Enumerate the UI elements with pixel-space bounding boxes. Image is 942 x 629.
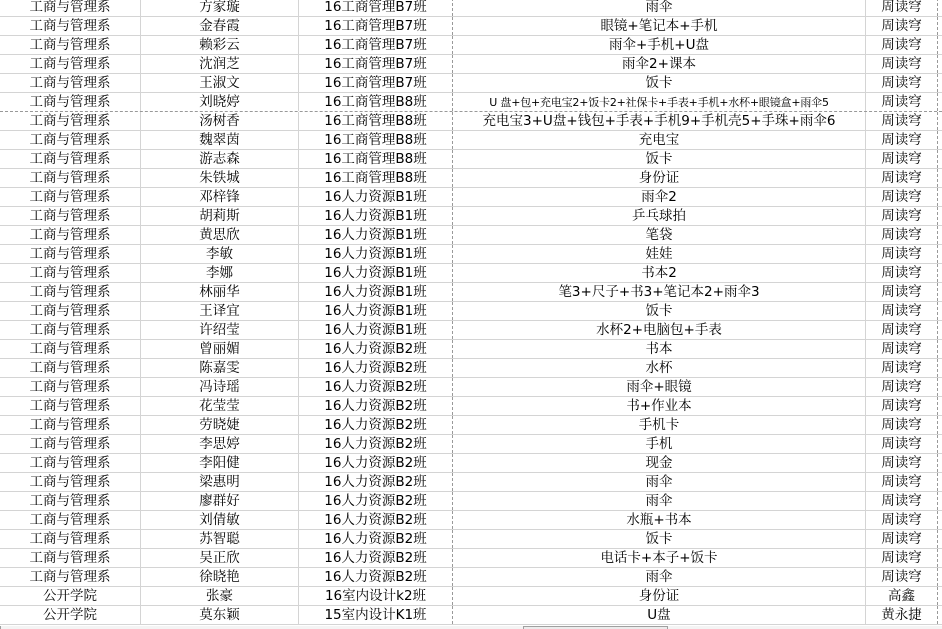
cell-handler[interactable]: 周读穹 (866, 0, 938, 16)
cell-student-name[interactable]: 刘倩敏 (141, 511, 299, 529)
cell-handler[interactable]: 周读穹 (866, 150, 938, 168)
cell-lost-items[interactable]: 身份证 (453, 169, 866, 187)
cell-class[interactable]: 16人力资源B2班 (299, 511, 453, 529)
cell-empty[interactable] (938, 93, 942, 111)
cell-handler[interactable]: 周读穹 (866, 131, 938, 149)
cell-handler[interactable]: 周读穹 (866, 74, 938, 92)
cell-college[interactable]: 工商与管理系 (0, 359, 141, 377)
cell-lost-items[interactable]: 饭卡 (453, 150, 866, 168)
cell-class[interactable]: 16人力资源B2班 (299, 492, 453, 510)
cell-class[interactable]: 16工商管理B7班 (299, 74, 453, 92)
cell-college[interactable]: 工商与管理系 (0, 549, 141, 567)
cell-class[interactable]: 16人力资源B2班 (299, 378, 453, 396)
cell-empty[interactable] (938, 321, 942, 339)
cell-empty[interactable] (938, 112, 942, 130)
table-row: 工商与管理系李思婷16人力资源B2班手机周读穹 (0, 435, 942, 454)
cell-lost-items[interactable]: 现金 (453, 454, 866, 472)
cell-college[interactable]: 工商与管理系 (0, 302, 141, 320)
cell-college[interactable]: 工商与管理系 (0, 530, 141, 548)
cell-student-name[interactable]: 方家璇 (141, 0, 299, 16)
cell-empty[interactable] (938, 587, 942, 605)
cell-college[interactable]: 工商与管理系 (0, 112, 141, 130)
cell-empty[interactable] (938, 169, 942, 187)
cell-college[interactable]: 工商与管理系 (0, 245, 141, 263)
cell-student-name[interactable]: 胡莉斯 (141, 207, 299, 225)
cell-student-name[interactable]: 汤树香 (141, 112, 299, 130)
cell-empty[interactable] (938, 302, 942, 320)
cell-student-name[interactable]: 廖群好 (141, 492, 299, 510)
cell-class[interactable]: 16工商管理B8班 (299, 112, 453, 130)
cell-lost-items[interactable]: 娃娃 (453, 245, 866, 263)
cell-college[interactable]: 工商与管理系 (0, 169, 141, 187)
spreadsheet-grid: 工商与管理系方家璇16工商管理B7班雨伞周读穹工商与管理系金春霞16工商管理B7… (0, 0, 942, 625)
cell-college[interactable]: 工商与管理系 (0, 397, 141, 415)
cell-empty[interactable] (938, 226, 942, 244)
cell-handler[interactable]: 周读穹 (866, 302, 938, 320)
cell-college[interactable]: 工商与管理系 (0, 321, 141, 339)
cell-handler[interactable]: 周读穹 (866, 473, 938, 491)
cell-empty[interactable] (938, 150, 942, 168)
cell-handler[interactable]: 周读穹 (866, 397, 938, 415)
cell-college[interactable]: 工商与管理系 (0, 568, 141, 586)
cell-student-name[interactable]: 苏智聪 (141, 530, 299, 548)
cell-college[interactable]: 工商与管理系 (0, 207, 141, 225)
cell-student-name[interactable]: 莫东颖 (141, 606, 299, 624)
cell-empty[interactable] (938, 378, 942, 396)
cell-lost-items[interactable]: 水杯2+电脑包+手表 (453, 321, 866, 339)
cell-empty[interactable] (938, 568, 942, 586)
cell-handler[interactable]: 周读穹 (866, 264, 938, 282)
cell-handler[interactable]: 周读穹 (866, 169, 938, 187)
table-row: 工商与管理系魏翠茵16工商管理B8班充电宝周读穹 (0, 131, 942, 150)
cell-class[interactable]: 16人力资源B1班 (299, 207, 453, 225)
cell-empty[interactable] (938, 340, 942, 358)
cell-handler[interactable]: 周读穹 (866, 378, 938, 396)
cell-lost-items[interactable]: 雨伞 (453, 568, 866, 586)
cell-student-name[interactable]: 林丽华 (141, 283, 299, 301)
cell-student-name[interactable]: 沈润芝 (141, 55, 299, 73)
table-row: 工商与管理系刘晓婷16工商管理B8班U 盘+包+充电宝2+饭卡2+社保卡+手表+… (0, 93, 942, 112)
cell-college[interactable]: 工商与管理系 (0, 511, 141, 529)
cell-lost-items[interactable]: U盘 (453, 606, 866, 624)
cell-student-name[interactable]: 冯诗瑶 (141, 378, 299, 396)
table-row: 工商与管理系李娜16人力资源B1班书本2周读穹 (0, 264, 942, 283)
cell-lost-items[interactable]: 雨伞+手机+U盘 (453, 36, 866, 54)
cell-lost-items[interactable]: 雨伞2 (453, 188, 866, 206)
cell-college[interactable]: 工商与管理系 (0, 131, 141, 149)
cell-class[interactable]: 16人力资源B1班 (299, 321, 453, 339)
cell-class[interactable]: 16人力资源B1班 (299, 188, 453, 206)
cell-student-name[interactable]: 李娜 (141, 264, 299, 282)
cell-student-name[interactable]: 李阳健 (141, 454, 299, 472)
cell-empty[interactable] (938, 245, 942, 263)
cell-empty[interactable] (938, 264, 942, 282)
cell-student-name[interactable]: 邓梓锋 (141, 188, 299, 206)
cell-college[interactable]: 工商与管理系 (0, 93, 141, 111)
cell-handler[interactable]: 周读穹 (866, 226, 938, 244)
cell-student-name[interactable]: 王淑文 (141, 74, 299, 92)
cell-student-name[interactable]: 李思婷 (141, 435, 299, 453)
cell-college[interactable]: 工商与管理系 (0, 55, 141, 73)
cell-handler[interactable]: 周读穹 (866, 568, 938, 586)
cell-lost-items[interactable]: 书+作业本 (453, 397, 866, 415)
cell-college[interactable]: 工商与管理系 (0, 492, 141, 510)
cell-lost-items[interactable]: 笔袋 (453, 226, 866, 244)
cell-empty[interactable] (938, 207, 942, 225)
table-row: 工商与管理系梁惠明16人力资源B2班雨伞周读穹 (0, 473, 942, 492)
cell-class[interactable]: 16人力资源B2班 (299, 397, 453, 415)
cell-student-name[interactable]: 花莹莹 (141, 397, 299, 415)
cell-handler[interactable]: 周读穹 (866, 17, 938, 35)
cell-student-name[interactable]: 朱铁城 (141, 169, 299, 187)
cell-lost-items[interactable]: 雨伞 (453, 473, 866, 491)
cell-student-name[interactable]: 徐晓艳 (141, 568, 299, 586)
cell-class[interactable]: 16人力资源B1班 (299, 283, 453, 301)
cell-empty[interactable] (938, 131, 942, 149)
cell-college[interactable]: 工商与管理系 (0, 416, 141, 434)
table-row: 工商与管理系李敏16人力资源B1班娃娃周读穹 (0, 245, 942, 264)
cell-student-name[interactable]: 陈嘉雯 (141, 359, 299, 377)
table-row: 工商与管理系金春霞16工商管理B7班眼镜+笔记本+手机周读穹 (0, 17, 942, 36)
table-row: 工商与管理系赖彩云16工商管理B7班雨伞+手机+U盘周读穹 (0, 36, 942, 55)
table-row: 公开学院张豪16室内设计k2班身份证高鑫 (0, 587, 942, 606)
cell-handler[interactable]: 周读穹 (866, 321, 938, 339)
cell-college[interactable]: 公开学院 (0, 606, 141, 624)
cell-empty[interactable] (938, 17, 942, 35)
cell-class[interactable]: 16工商管理B7班 (299, 55, 453, 73)
cell-handler[interactable]: 黄永捷 (866, 606, 938, 624)
table-row: 工商与管理系朱铁城16工商管理B8班身份证周读穹 (0, 169, 942, 188)
cell-lost-items[interactable]: 手机 (453, 435, 866, 453)
cell-empty[interactable] (938, 530, 942, 548)
table-row: 工商与管理系黄思欣16人力资源B1班笔袋周读穹 (0, 226, 942, 245)
table-row: 工商与管理系徐晓艳16人力资源B2班雨伞周读穹 (0, 568, 942, 587)
cell-class[interactable]: 16工商管理B8班 (299, 93, 453, 111)
table-row: 工商与管理系汤树香16工商管理B8班充电宝3+U盘+钱包+手表+手机9+手机壳5… (0, 112, 942, 131)
cell-lost-items[interactable]: 书本2 (453, 264, 866, 282)
cell-lost-items[interactable]: 手机卡 (453, 416, 866, 434)
cell-college[interactable]: 工商与管理系 (0, 283, 141, 301)
cell-class[interactable]: 16人力资源B2班 (299, 416, 453, 434)
cell-handler[interactable]: 周读穹 (866, 454, 938, 472)
cell-class[interactable]: 16工商管理B8班 (299, 150, 453, 168)
cell-lost-items[interactable]: 眼镜+笔记本+手机 (453, 17, 866, 35)
table-row: 工商与管理系王淑文16工商管理B7班饭卡周读穹 (0, 74, 942, 93)
cell-lost-items[interactable]: 饭卡 (453, 530, 866, 548)
table-row: 工商与管理系许绍莹16人力资源B1班水杯2+电脑包+手表周读穹 (0, 321, 942, 340)
cell-student-name[interactable]: 曾丽媚 (141, 340, 299, 358)
cell-empty[interactable] (938, 283, 942, 301)
table-row: 工商与管理系吴正欣16人力资源B2班电话卡+本子+饭卡周读穹 (0, 549, 942, 568)
cell-student-name[interactable]: 张豪 (141, 587, 299, 605)
cell-college[interactable]: 工商与管理系 (0, 74, 141, 92)
table-row: 工商与管理系沈润芝16工商管理B7班雨伞2+课本周读穹 (0, 55, 942, 74)
table-row: 工商与管理系方家璇16工商管理B7班雨伞周读穹 (0, 0, 942, 17)
cell-class[interactable]: 16室内设计k2班 (299, 587, 453, 605)
cell-college[interactable]: 工商与管理系 (0, 226, 141, 244)
cell-lost-items[interactable]: U 盘+包+充电宝2+饭卡2+社保卡+手表+手机+水杯+眼镜盒+雨伞5 (453, 93, 866, 111)
cell-lost-items[interactable]: 充电宝3+U盘+钱包+手表+手机9+手机壳5+手珠+雨伞6 (453, 112, 866, 130)
table-row: 工商与管理系陈嘉雯16人力资源B2班水杯周读穹 (0, 359, 942, 378)
cell-student-name[interactable]: 吴正欣 (141, 549, 299, 567)
table-row: 工商与管理系花莹莹16人力资源B2班书+作业本周读穹 (0, 397, 942, 416)
table-row: 工商与管理系邓梓锋16人力资源B1班雨伞2周读穹 (0, 188, 942, 207)
cell-empty[interactable] (938, 606, 942, 624)
cell-lost-items[interactable]: 书本 (453, 340, 866, 358)
cell-college[interactable]: 工商与管理系 (0, 473, 141, 491)
cell-empty[interactable] (938, 55, 942, 73)
cell-class[interactable]: 16人力资源B2班 (299, 473, 453, 491)
cell-handler[interactable]: 周读穹 (866, 55, 938, 73)
cell-student-name[interactable]: 梁惠明 (141, 473, 299, 491)
cell-class[interactable]: 16工商管理B8班 (299, 131, 453, 149)
cell-empty[interactable] (938, 359, 942, 377)
cell-college[interactable]: 工商与管理系 (0, 454, 141, 472)
cell-empty[interactable] (938, 473, 942, 491)
cell-empty[interactable] (938, 492, 942, 510)
cell-lost-items[interactable]: 充电宝 (453, 131, 866, 149)
cell-class[interactable]: 16工商管理B8班 (299, 169, 453, 187)
cell-handler[interactable]: 周读穹 (866, 416, 938, 434)
cell-student-name[interactable]: 赖彩云 (141, 36, 299, 54)
table-row: 工商与管理系苏智聪16人力资源B2班饭卡周读穹 (0, 530, 942, 549)
cell-student-name[interactable]: 劳晓婕 (141, 416, 299, 434)
cell-lost-items[interactable]: 饭卡 (453, 74, 866, 92)
cell-student-name[interactable]: 许绍莹 (141, 321, 299, 339)
cell-student-name[interactable]: 刘晓婷 (141, 93, 299, 111)
cell-lost-items[interactable]: 乒乓球拍 (453, 207, 866, 225)
table-row: 工商与管理系林丽华16人力资源B1班笔3+尺子+书3+笔记本2+雨伞3周读穹 (0, 283, 942, 302)
cell-handler[interactable]: 周读穹 (866, 245, 938, 263)
table-row: 工商与管理系游志森16工商管理B8班饭卡周读穹 (0, 150, 942, 169)
cell-handler[interactable]: 周读穹 (866, 207, 938, 225)
cell-class[interactable]: 16工商管理B7班 (299, 36, 453, 54)
cell-class[interactable]: 16人力资源B1班 (299, 226, 453, 244)
cell-class[interactable]: 16工商管理B7班 (299, 17, 453, 35)
cell-lost-items[interactable]: 雨伞+眼镜 (453, 378, 866, 396)
cell-class[interactable]: 16人力资源B1班 (299, 264, 453, 282)
table-row: 工商与管理系劳晓婕16人力资源B2班手机卡周读穹 (0, 416, 942, 435)
cell-college[interactable]: 工商与管理系 (0, 435, 141, 453)
table-row: 工商与管理系胡莉斯16人力资源B1班乒乓球拍周读穹 (0, 207, 942, 226)
table-row: 工商与管理系冯诗瑶16人力资源B2班雨伞+眼镜周读穹 (0, 378, 942, 397)
cell-empty[interactable] (938, 0, 942, 16)
cell-empty[interactable] (938, 36, 942, 54)
table-row: 公开学院莫东颖15室内设计K1班U盘黄永捷 (0, 606, 942, 625)
cell-college[interactable]: 公开学院 (0, 587, 141, 605)
cell-handler[interactable]: 周读穹 (866, 112, 938, 130)
table-row: 工商与管理系曾丽媚16人力资源B2班书本周读穹 (0, 340, 942, 359)
cell-handler[interactable]: 周读穹 (866, 511, 938, 529)
cell-lost-items[interactable]: 身份证 (453, 587, 866, 605)
cell-handler[interactable]: 高鑫 (866, 587, 938, 605)
cell-handler[interactable]: 周读穹 (866, 530, 938, 548)
cell-class[interactable]: 16人力资源B2班 (299, 359, 453, 377)
table-row: 工商与管理系李阳健16人力资源B2班现金周读穹 (0, 454, 942, 473)
table-row: 工商与管理系廖群好16人力资源B2班雨伞周读穹 (0, 492, 942, 511)
cell-empty[interactable] (938, 435, 942, 453)
cell-student-name[interactable]: 黄思欣 (141, 226, 299, 244)
cell-class[interactable]: 16人力资源B1班 (299, 245, 453, 263)
cell-student-name[interactable]: 王译宜 (141, 302, 299, 320)
cell-college[interactable]: 工商与管理系 (0, 264, 141, 282)
cell-handler[interactable]: 周读穹 (866, 435, 938, 453)
cell-lost-items[interactable]: 水杯 (453, 359, 866, 377)
cell-student-name[interactable]: 金春霞 (141, 17, 299, 35)
cell-handler[interactable]: 周读穹 (866, 359, 938, 377)
cell-handler[interactable]: 周读穹 (866, 549, 938, 567)
cell-college[interactable]: 工商与管理系 (0, 36, 141, 54)
cell-handler[interactable]: 周读穹 (866, 36, 938, 54)
cell-handler[interactable]: 周读穹 (866, 188, 938, 206)
cell-lost-items[interactable]: 水瓶+书本 (453, 511, 866, 529)
cell-class[interactable]: 16人力资源B2班 (299, 454, 453, 472)
cell-empty[interactable] (938, 397, 942, 415)
cell-class[interactable]: 16工商管理B7班 (299, 0, 453, 16)
cell-handler[interactable]: 周读穹 (866, 283, 938, 301)
cell-student-name[interactable]: 游志森 (141, 150, 299, 168)
cell-empty[interactable] (938, 74, 942, 92)
cell-lost-items[interactable]: 雨伞2+课本 (453, 55, 866, 73)
cell-class[interactable]: 16人力资源B2班 (299, 568, 453, 586)
cell-lost-items[interactable]: 雨伞 (453, 0, 866, 16)
cell-student-name[interactable]: 魏翠茵 (141, 131, 299, 149)
table-row: 工商与管理系王译宜16人力资源B1班饭卡周读穹 (0, 302, 942, 321)
cell-class[interactable]: 15室内设计K1班 (299, 606, 453, 624)
cell-class[interactable]: 16人力资源B1班 (299, 302, 453, 320)
cell-empty[interactable] (938, 416, 942, 434)
cell-college[interactable]: 工商与管理系 (0, 17, 141, 35)
cell-college[interactable]: 工商与管理系 (0, 340, 141, 358)
cell-college[interactable]: 工商与管理系 (0, 378, 141, 396)
cell-class[interactable]: 16人力资源B2班 (299, 549, 453, 567)
cell-handler[interactable]: 周读穹 (866, 340, 938, 358)
cell-class[interactable]: 16人力资源B2班 (299, 530, 453, 548)
cell-lost-items[interactable]: 雨伞 (453, 492, 866, 510)
cell-empty[interactable] (938, 188, 942, 206)
cell-college[interactable]: 工商与管理系 (0, 150, 141, 168)
cell-lost-items[interactable]: 电话卡+本子+饭卡 (453, 549, 866, 567)
cell-empty[interactable] (938, 549, 942, 567)
cell-class[interactable]: 16人力资源B2班 (299, 435, 453, 453)
cell-handler[interactable]: 周读穹 (866, 93, 938, 111)
cell-lost-items[interactable]: 笔3+尺子+书3+笔记本2+雨伞3 (453, 283, 866, 301)
cell-empty[interactable] (938, 511, 942, 529)
cell-lost-items[interactable]: 饭卡 (453, 302, 866, 320)
cell-student-name[interactable]: 李敏 (141, 245, 299, 263)
table-row: 工商与管理系刘倩敏16人力资源B2班水瓶+书本周读穹 (0, 511, 942, 530)
cell-college[interactable]: 工商与管理系 (0, 0, 141, 16)
cell-empty[interactable] (938, 454, 942, 472)
cell-college[interactable]: 工商与管理系 (0, 188, 141, 206)
cell-class[interactable]: 16人力资源B2班 (299, 340, 453, 358)
cell-handler[interactable]: 周读穹 (866, 492, 938, 510)
